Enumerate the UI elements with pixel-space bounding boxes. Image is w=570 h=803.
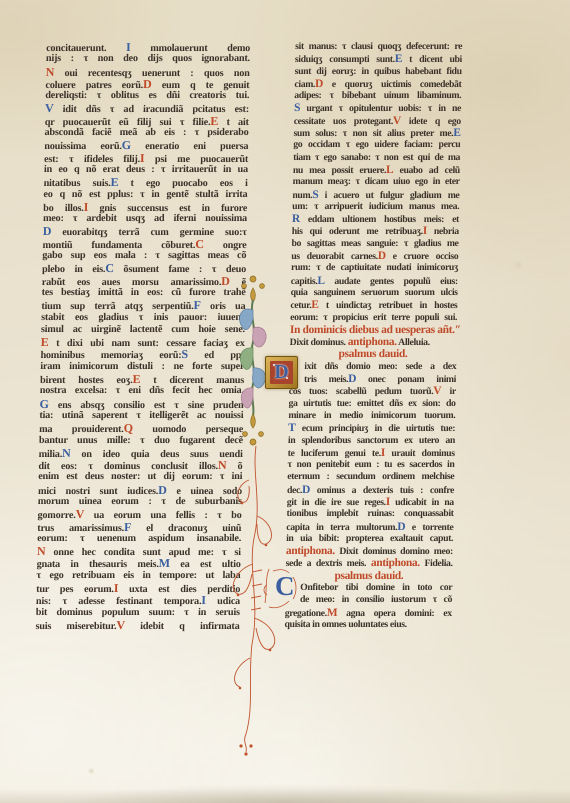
red-versal: antiphona. (371, 557, 420, 569)
illuminated-initial-d: D (265, 356, 298, 389)
red-versal: L (386, 164, 394, 176)
text-line: dit eos: τ dominus conclusit illos.N õ (38, 459, 242, 471)
blue-versal: E (110, 175, 118, 189)
text-line: Dixit dominus. antiphona. Alleluia. (290, 336, 457, 348)
red-versal: I (423, 225, 427, 237)
text-line: coluere patres eorũ.D eum q te genuit (45, 78, 249, 90)
red-versal: I (114, 581, 119, 595)
text-line: bo sagittas meas sanguie: τ gladius me (291, 238, 458, 250)
text-line: rabũt eos aues morsu amarissimo.D ẽ (42, 275, 246, 287)
red-versal: E (132, 372, 140, 386)
text-line: ma prouiderent.Q uomodo perseque (39, 422, 243, 434)
text-line: trus amarissimus.F el draconuʒ uinũ (37, 521, 241, 533)
blue-versal: C (105, 261, 114, 275)
text-line: stabit eos gladius τ inis pauor: iuuenẽ (41, 312, 245, 324)
blue-versal: E (453, 127, 461, 139)
text-line: um: τ arripuerit iudicium manus mea. (292, 201, 459, 213)
text-line: ga uirtutis tue: emittet dñs ex sion: do (288, 398, 455, 410)
text-line: birent hostes eoʒ.E t dicerent manus (40, 373, 244, 385)
blue-versal: D (397, 521, 405, 533)
red-versal: I (140, 151, 145, 165)
text-line: abscondã faciẽ meã ab eis : τ psiderabo (44, 127, 248, 139)
blue-versal: V (45, 101, 54, 115)
text-line: ciam.D e quoruʒ uictimis comedebãt (294, 78, 461, 90)
text-line: hominibus memoriaʒ eorũ:S ed ppt (40, 348, 244, 360)
text-line: ixit dñs domio meo: sede a dex (289, 361, 456, 373)
text-line: R eddam ultionem hostibus meis: et (292, 213, 459, 225)
red-versal: V (433, 385, 441, 397)
initial-d-letter: D (274, 361, 288, 384)
text-line: tes bestiaʒ imittã in eos: cũ furore tra… (42, 287, 246, 299)
text-line: concitauerunt. I mmolauerunt demo (46, 41, 250, 53)
text-line: tur pes eorum.I uxta est dies perditio (36, 582, 240, 594)
text-line: adipes: τ bibebant uinum libaminum. (294, 90, 461, 102)
text-line: mici nostri sunt iudices.D e uinea sodo (38, 484, 242, 496)
blue-versal: S (181, 347, 188, 361)
text-line: nouissima eorũ.G eneratio eni puersa (44, 139, 248, 151)
text-line: quisita in omnes uoluntates eius. (284, 619, 451, 631)
text-line: dereliqsti: τ oblitus es dñi creatoris t… (45, 90, 249, 102)
blue-versal: I (126, 40, 131, 54)
text-line: his qui oderunt me retribuaʒ.I nebria (292, 225, 459, 237)
blue-versal: S (294, 102, 300, 114)
text-line: tiam τ ego sanabo: τ non est qui de ma (293, 152, 460, 164)
text-line: enim est deus noster: ut dij eorum: τ in… (38, 471, 242, 483)
text-line: cetur.E t uindictaʒ retribuet in hostes (290, 299, 457, 311)
text-line: morum uinea eorum : τ de suburbanis (38, 496, 242, 508)
blue-versal: D (158, 483, 167, 497)
red-versal: M (327, 607, 338, 619)
manuscript-page: concitauerunt. I mmolauerunt demonijs : … (0, 0, 570, 803)
red-versal: I (386, 496, 390, 508)
text-line: eorum: τ uenenum aspidum insanabile. (37, 533, 241, 545)
text-line: plebo in eis.C õsument fame : τ deuo (42, 262, 246, 274)
text-block: concitauerunt. I mmolauerunt demonijs : … (0, 0, 570, 803)
text-line: milia.N on ideo quia deus suus uendi (39, 447, 243, 459)
text-line: siduiqʒ consumpti sunt.E t dicent ubi (295, 53, 462, 65)
red-versal: I (84, 200, 89, 214)
text-line: D euorabitqʒ terrã cum germine suo:τ (43, 225, 247, 237)
blue-versal: D (302, 484, 310, 496)
blue-versal: E (395, 53, 403, 65)
text-line: quia sanguinem seruorum suorum ulcis (291, 287, 458, 299)
text-line: eternum : secundum ordinem melchise (287, 471, 454, 483)
text-line: tium sup terrã atqʒ serpentiũ.F oris ua (41, 299, 245, 311)
text-line: V idit dñs τ ad iracundiã pcitatus est: (45, 102, 249, 114)
text-line: eo q nõ est pplus: τ in gentẽ stultã irr… (43, 189, 247, 201)
text-line: sum solus: τ non sit alius preter me.E (293, 127, 460, 139)
text-line: bo illos.I gnis succensus est in furore (43, 201, 247, 213)
text-line: meo: τ ardebit usqʒ ad iferni nouissima (43, 213, 247, 225)
text-line: simul ac uirginẽ lactentẽ cum hoie sene. (41, 324, 245, 336)
red-versal: E (311, 299, 319, 311)
text-line: tionibus implebit ruinas: conquassabit (286, 508, 453, 520)
text-line: montiũ fundamenta cõburet.C ongre (42, 238, 246, 250)
red-versal: psalmus dauid. (338, 348, 407, 360)
red-versal: D (221, 274, 230, 288)
blue-versal: F (193, 298, 200, 312)
initial-c-letter: C (275, 571, 295, 601)
text-line: capita in terra multorum.D e torrente (286, 521, 453, 533)
text-column-right: sit manus: τ clausi quoqʒ defecerunt: re… (284, 41, 462, 631)
text-line: us deuorabit carnes.D e cruore occiso (291, 250, 458, 262)
text-line: est: τ ifideles filij.I psi me puocauerũ… (44, 152, 248, 164)
red-versal: V (116, 618, 125, 632)
text-line: manum meaʒ: τ dicam uiuo ego in eter (293, 176, 460, 188)
text-line: iram inimicorum distuli : ne forte super (40, 361, 244, 373)
red-versal: D (378, 250, 386, 262)
blue-versal: D (348, 373, 356, 385)
red-versal: In dominicis diebus ad uesperas añt.″ (290, 324, 461, 336)
blue-versal: R (292, 213, 300, 225)
text-line: nu mea possit eruere.L euabo ad celũ (293, 164, 460, 176)
red-versal: C (195, 237, 204, 251)
red-versal: D (143, 77, 152, 91)
text-line: T ecum principiuʒ in die uirtutis tue: (288, 422, 455, 434)
red-versal: I (381, 447, 385, 459)
text-line: E t dixi ubi nam sunt: cessare faciaʒ ex (41, 336, 245, 348)
text-line: In dominicis diebus ad uesperas añt.″ (290, 324, 457, 336)
red-versal: D (315, 78, 323, 90)
text-line: τ non penitebit eum : tu es sacerdos in (287, 459, 454, 471)
text-line: sit manus: τ clausi quoqʒ defecerunt: re (295, 41, 462, 53)
text-line: nostra excelsa: τ eni dñs fecit hec omia… (40, 385, 244, 397)
red-versal: antiphona. (286, 545, 335, 557)
red-versal: N (37, 544, 46, 558)
blue-versal: I (201, 593, 206, 607)
text-line: nis: τ adesse festinant tempora.I udica (36, 594, 240, 606)
text-line: minare in medio inimicorum tuorum. (288, 410, 455, 422)
text-line: psalmus dauid. (289, 348, 456, 360)
blue-versal: L (317, 275, 325, 287)
text-line: git in die ire sue reges.I udicabit in n… (287, 496, 454, 508)
text-line: antiphona. Dixit dominus domino meo: (286, 545, 453, 557)
text-line: G ens absqʒ consilio est τ sine pruden (39, 398, 243, 410)
text-line: sunt dij eoruʒ: in quibus habebant fidu (295, 66, 462, 78)
text-line: in splendoribus sanctorum ex utero an (288, 435, 455, 447)
red-versal: psalmus dauid. (334, 570, 403, 582)
red-versal: V (76, 507, 85, 521)
text-line: cessitate uos protegant.V idete q ego (294, 115, 461, 127)
text-line: nitatibus suis.E t ego puocabo eos i (44, 176, 248, 188)
blue-versal: T (288, 422, 296, 434)
red-versal: E (41, 335, 49, 349)
text-line: N onne hec condita sunt apud me: τ si (37, 545, 241, 557)
text-line: go occidam τ ego uidere faciam: percu (293, 139, 460, 151)
text-line: gabo sup eos mala : τ sagittas meas cõ (42, 250, 246, 262)
text-line: dec.D ominus a dexteris tuis : confre (287, 484, 454, 496)
blue-versal: M (159, 556, 170, 570)
blue-versal: F (124, 520, 131, 534)
text-line: tia: utinã saperent τ itelligerẽt ac nou… (39, 410, 243, 422)
text-line: cos tuos: scabellũ pedum tuorũ.V ir (289, 385, 456, 397)
blue-versal: N (62, 446, 71, 460)
text-line: gnata in thesauris meis.M ea est ultio (37, 557, 241, 569)
text-line: bit dominus populum suum: τ in seruis (36, 607, 240, 619)
red-versal: V (393, 115, 401, 127)
blue-versal: G (122, 138, 131, 152)
red-versal: N (218, 458, 227, 472)
text-line: suis miserebitur.V idebit q infirmata (35, 619, 239, 631)
red-versal: N (46, 65, 55, 79)
red-versal: Q (124, 421, 133, 435)
text-line: tris meis.D onec ponam inimi (289, 373, 456, 385)
text-line: nijs : τ non deo dijs quos ignorabant. (46, 53, 250, 65)
text-line: num.S i acuero ut fulgur gladium me (292, 189, 459, 201)
text-line: te luciferum genui te.I urauit dominus (288, 447, 455, 459)
penwork-initial-c: C (269, 571, 303, 611)
text-line: in uia bibit: propterea exaltauit caput. (286, 533, 453, 545)
text-line: rum: τ de captiuitate nudati inimicoruʒ (291, 262, 458, 274)
red-versal: antiphona. (348, 336, 397, 348)
red-versal: E (210, 114, 218, 128)
text-line: gomorre.V ua eorum una fellis : τ bo (37, 508, 241, 520)
text-line: eorum: τ propicius erit terre populi sui… (290, 312, 457, 324)
text-line: in eo q nõ erat deus : τ irritauerũt in … (44, 164, 248, 176)
blue-versal: S (312, 189, 318, 201)
text-line: τ ego retribuam eis in tempore: ut laba (36, 570, 240, 582)
blue-versal: D (43, 224, 52, 238)
text-line: qr puocauerũt eũ filij sui τ filie.E t a… (45, 115, 249, 127)
text-line: S urgant τ opitulentur uobis: τ in ne (294, 102, 461, 114)
text-column-left: concitauerunt. I mmolauerunt demonijs : … (35, 41, 250, 631)
blue-versal: G (39, 397, 48, 411)
text-line: capitis.L audate gentes populũ eius: (291, 275, 458, 287)
